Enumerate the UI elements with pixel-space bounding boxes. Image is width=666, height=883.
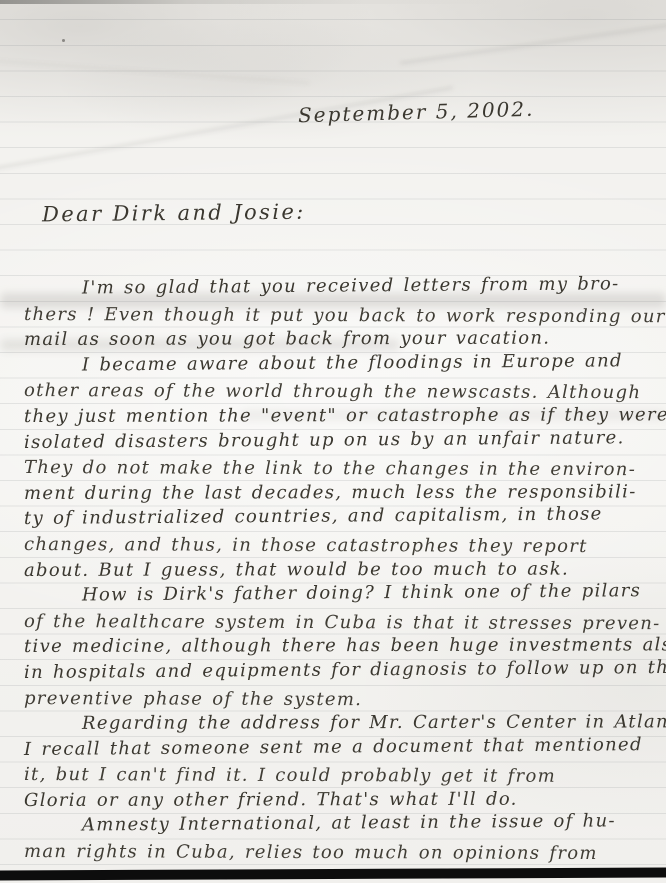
scanned-letter-page: September 5, 2002. Dear Dirk and Josie: … <box>0 0 666 883</box>
letter-body: I'm so glad that you received letters fr… <box>24 276 658 865</box>
letter-line: I recall that someone sent me a document… <box>24 732 658 763</box>
letter-line: in hospitals and equipments for diagnosi… <box>24 655 658 686</box>
scan-top-edge-shadow <box>0 0 666 4</box>
letter-line: Amnesty International, at least in the i… <box>24 808 658 839</box>
letter-line: man rights in Cuba, relies too much on o… <box>24 839 658 867</box>
letter-line: isolated disasters brought up on us by a… <box>24 425 658 456</box>
letter-line: ty of industrialized countries, and capi… <box>24 501 658 532</box>
letter-salutation: Dear Dirk and Josie: <box>42 200 306 227</box>
letter-line: changes, and thus, in those catastrophes… <box>24 532 658 560</box>
letter-line: I became aware about the floodings in Eu… <box>24 348 658 379</box>
dust-speck <box>62 39 65 42</box>
letter-line: I'm so glad that you received letters fr… <box>24 271 658 302</box>
scanner-edge-bar <box>0 868 666 881</box>
letter-line: How is Dirk's father doing? I think one … <box>24 578 658 609</box>
